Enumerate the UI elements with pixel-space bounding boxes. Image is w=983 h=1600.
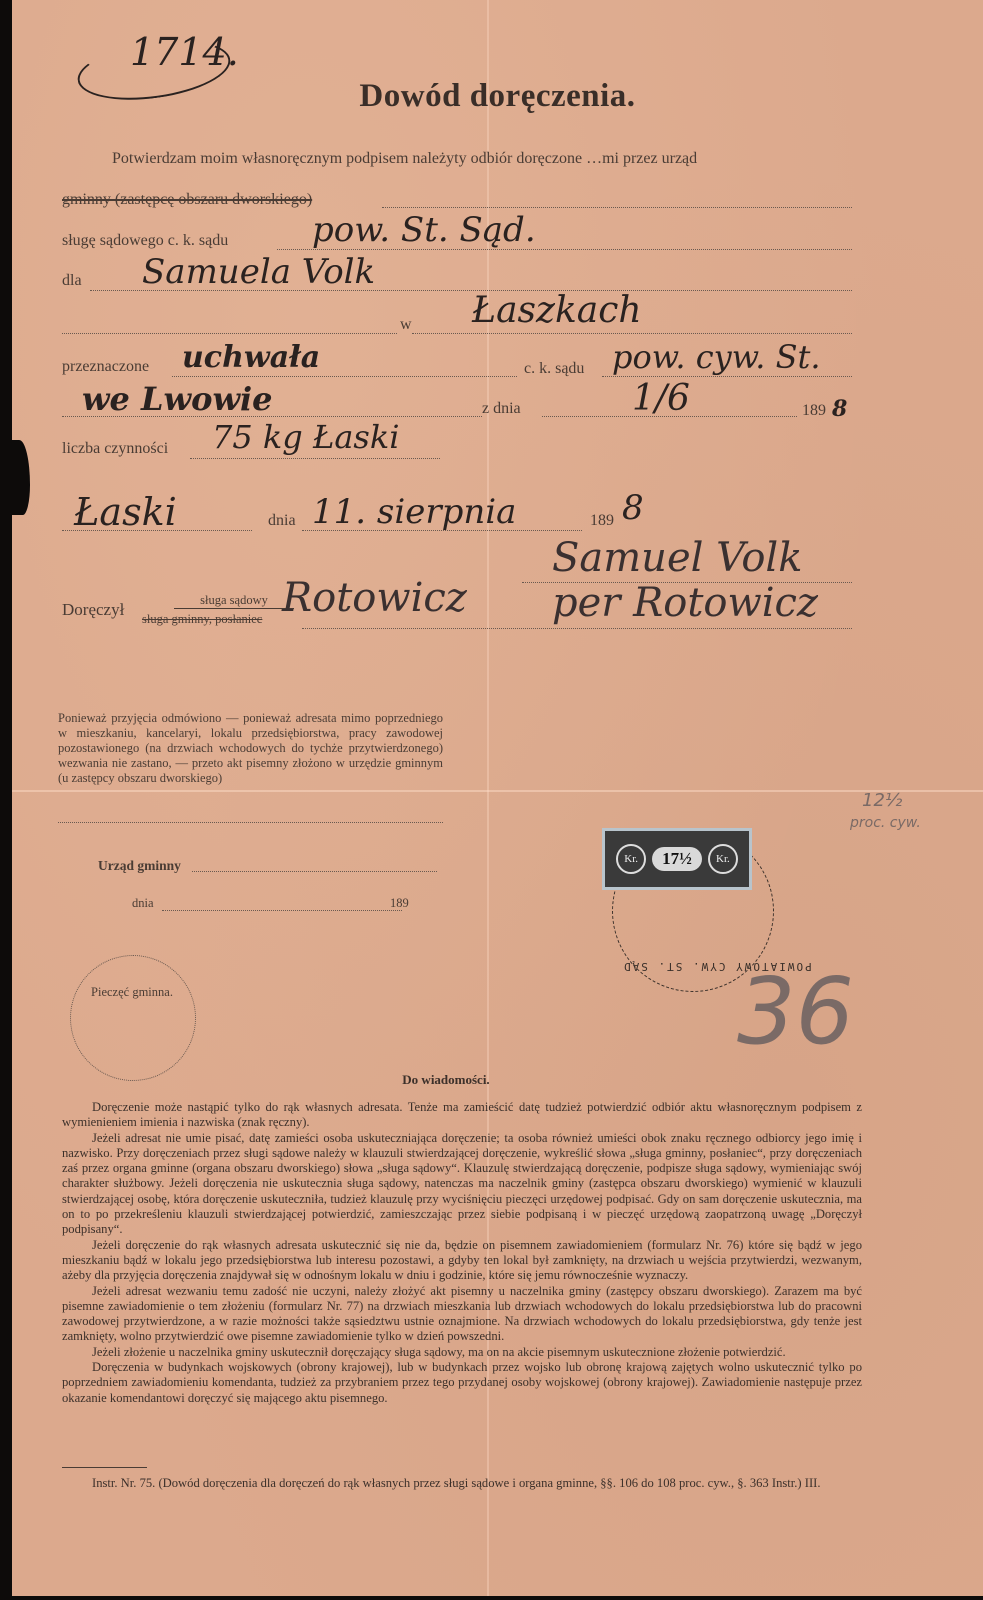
notice-paragraph: Jeżeli złożenie u naczelnika gminy uskut… — [62, 1345, 862, 1360]
field-value-court: pow. St. Sąd. — [312, 210, 536, 250]
field-label-court-servant: sługę sądowego c. k. sądu — [62, 232, 228, 250]
recipient-signature: Samuel Volk — [552, 535, 802, 581]
torn-edge — [12, 440, 30, 515]
field-value-city: we Lwowie — [82, 380, 273, 418]
notice-heading: Do wiadomości. — [12, 1072, 880, 1088]
field-value-place: Łaszkach — [472, 290, 642, 331]
delivered-by-label: Doręczył — [62, 600, 124, 620]
recipient-signature-by: per Rotowicz — [552, 580, 818, 626]
revenue-stamp: Kr. 17½ Kr. — [602, 828, 752, 890]
delivered-by-role-struck: sługa gminny, posłaniec — [142, 612, 262, 627]
document-paper: 1714. Dowód doręczenia. Potwierdzam moim… — [12, 0, 983, 1596]
currency-right: Kr. — [708, 844, 738, 874]
field-label-ck-court: c. k. sądu — [524, 360, 584, 378]
delivered-by-role: sługa sądowy — [174, 593, 294, 609]
intro-line: Potwierdzam moim własnoręcznym podpisem … — [112, 150, 697, 168]
stamp-value: 17½ — [652, 847, 702, 871]
footer-divider — [62, 1467, 147, 1468]
refusal-paragraph: Ponieważ przyjęcia odmówiono — ponieważ … — [58, 711, 443, 786]
document-title: Dowód doręczenia. — [12, 78, 983, 115]
field-label-year: 189 — [802, 402, 826, 420]
field-label-from-date: z dnia — [482, 400, 521, 418]
date-label: dnia — [268, 512, 296, 530]
year-suffix: 8 — [622, 488, 644, 528]
field-value-year: 8 — [832, 396, 847, 422]
seal-circle — [70, 955, 196, 1081]
date-signed: 11. sierpnia — [312, 492, 516, 532]
field-value-case-number: 75 kg Łaski — [212, 418, 399, 456]
field-label-for: dla — [62, 272, 82, 290]
field-value-ck-court: pow. cyw. St. — [612, 338, 821, 376]
notice-paragraph: Jeżeli doręczenie do rąk własnych adresa… — [62, 1238, 862, 1284]
notice-paragraph: Jeżeli adresat nie umie pisać, datę zami… — [62, 1131, 862, 1238]
office-year-prefix: 189 — [390, 896, 409, 911]
pencil-note: proc. cyw. — [850, 815, 921, 831]
notice-paragraph: Doręczenia w budynkach wojskowych (obron… — [62, 1360, 862, 1406]
field-label-case-number: liczba czynności — [62, 440, 168, 458]
pencil-large-number: 36 — [737, 958, 854, 1065]
place-signed: Łaski — [74, 490, 177, 534]
footer-text: Instr. Nr. 75. (Dowód doręczenia dla dor… — [62, 1476, 862, 1491]
field-label-in: w — [400, 316, 412, 334]
currency-left: Kr. — [616, 844, 646, 874]
notice-body: Doręczenie może nastąpić tylko do rąk wł… — [62, 1100, 862, 1406]
reference-number: 1714. — [130, 30, 239, 74]
deliverer-signature: Rotowicz — [282, 575, 467, 621]
office-label: Urząd gminny — [98, 858, 181, 873]
year-prefix: 189 — [590, 512, 614, 530]
seal-label: Pieczęć gminna. — [90, 985, 174, 1000]
fold-line-horizontal — [12, 790, 983, 792]
pencil-fraction: 12½ — [862, 790, 902, 811]
field-value-intended: uchwała — [182, 340, 320, 375]
notice-paragraph: Jeżeli adresat wezwaniu temu zadość nie … — [62, 1284, 862, 1345]
notice-paragraph: Doręczenie może nastąpić tylko do rąk wł… — [62, 1100, 862, 1131]
field-value-recipient: Samuela Volk — [142, 252, 375, 292]
struck-line: gminny (zastępcę obszaru dworskiego) — [62, 191, 312, 209]
field-value-from-date: 1/6 — [632, 378, 690, 419]
office-date-label: dnia — [132, 896, 154, 911]
field-label-intended: przeznaczone — [62, 358, 149, 376]
